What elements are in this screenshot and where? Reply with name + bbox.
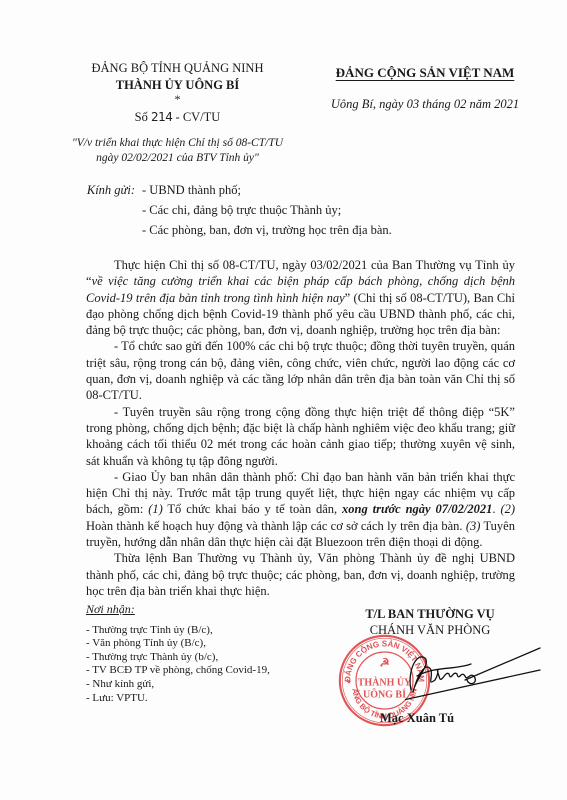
p4-text-b: Tổ chức khai báo y tế toàn dân, xyxy=(163,502,342,516)
svg-text:★: ★ xyxy=(347,678,353,685)
distribution-title: Nơi nhận: xyxy=(86,603,270,617)
svg-text:THÀNH ỦY: THÀNH ỦY xyxy=(358,676,412,688)
document-body: Thực hiện Chỉ thị số 08-CT/TU, ngày 03/0… xyxy=(86,257,515,599)
distribution-list: Nơi nhận: - Thường trực Tỉnh ủy (B/c), -… xyxy=(86,603,270,705)
doc-number-handwritten: 214 xyxy=(151,110,172,124)
party-committee: ĐẢNG BỘ TỈNH QUẢNG NINH xyxy=(60,60,295,77)
subject-line-2: ngày 02/02/2021 của BTV Tỉnh ủy" xyxy=(60,151,295,166)
paragraph-2: - Tổ chức sao gửi đến 100% các chi bộ tr… xyxy=(86,338,515,403)
recipients-label: Kính gửi: xyxy=(75,180,135,200)
place-date: Uông Bí, ngày 03 tháng 02 năm 2021 xyxy=(295,97,555,112)
p4-num-2: (2) xyxy=(500,502,515,516)
national-header: ĐẢNG CỘNG SẢN VIỆT NAM Uông Bí, ngày 03 … xyxy=(295,65,555,112)
p4-deadline: xong trước ngày 07/02/2021 xyxy=(342,502,492,516)
document-number: Số 214 - CV/TU xyxy=(60,109,295,126)
recipient-item: - Các chi, đảng bộ trực thuộc Thành ủy; xyxy=(142,200,392,220)
paragraph-3: - Tuyên truyền sâu rộng trong cộng đồng … xyxy=(86,404,515,469)
on-behalf: T/L BAN THƯỜNG VỤ xyxy=(340,606,520,622)
svg-text:UÔNG BÍ: UÔNG BÍ xyxy=(363,688,406,701)
distribution-item: - Văn phòng Tỉnh ủy (B/c), xyxy=(86,637,270,651)
recipient-item: - UBND thành phố; xyxy=(142,180,392,200)
party-name: ĐẢNG CỘNG SẢN VIỆT NAM xyxy=(295,65,555,81)
distribution-item: - Như kính gửi, xyxy=(86,678,270,692)
p4-text-d: Hoàn thành kế hoạch huy động và thành lậ… xyxy=(86,519,466,533)
subject-line-1: "V/v triển khai thực hiện Chỉ thị số 08-… xyxy=(60,136,295,151)
recipients-list: - UBND thành phố; - Các chi, đảng bộ trự… xyxy=(142,180,392,240)
distribution-item: - TV BCĐ TP về phòng, chống Covid-19, xyxy=(86,664,270,678)
recipient-item: - Các phòng, ban, đơn vị, trường học trê… xyxy=(142,220,392,240)
subject: "V/v triển khai thực hiện Chỉ thị số 08-… xyxy=(60,136,295,166)
separator-star: * xyxy=(60,94,295,105)
p4-num-3: (3) xyxy=(466,519,481,533)
paragraph-4: - Giao Ủy ban nhân dân thành phố: Chỉ đạ… xyxy=(86,469,515,550)
doc-number-prefix: Số xyxy=(135,110,151,124)
distribution-item: - Thường trực Tỉnh ủy (B/c), xyxy=(86,624,270,638)
recipients: Kính gửi: - UBND thành phố; - Các chi, đ… xyxy=(75,180,392,240)
p4-num-1: (1) xyxy=(148,502,163,516)
svg-text:☭: ☭ xyxy=(379,657,389,669)
paragraph-1: Thực hiện Chỉ thị số 08-CT/TU, ngày 03/0… xyxy=(86,257,515,338)
distribution-item: - Lưu: VPTU. xyxy=(86,692,270,706)
doc-number-suffix: - CV/TU xyxy=(172,110,220,124)
signer-name: Mạc Xuân Tú xyxy=(380,711,454,726)
distribution-item: - Thường trực Thành ủy (b/c), xyxy=(86,651,270,665)
issuer-header: ĐẢNG BỘ TỈNH QUẢNG NINH THÀNH ỦY UÔNG BÍ… xyxy=(60,60,295,166)
handwritten-signature-icon xyxy=(405,640,545,710)
paragraph-5: Thừa lệnh Ban Thường vụ Thành ủy, Văn ph… xyxy=(86,550,515,599)
